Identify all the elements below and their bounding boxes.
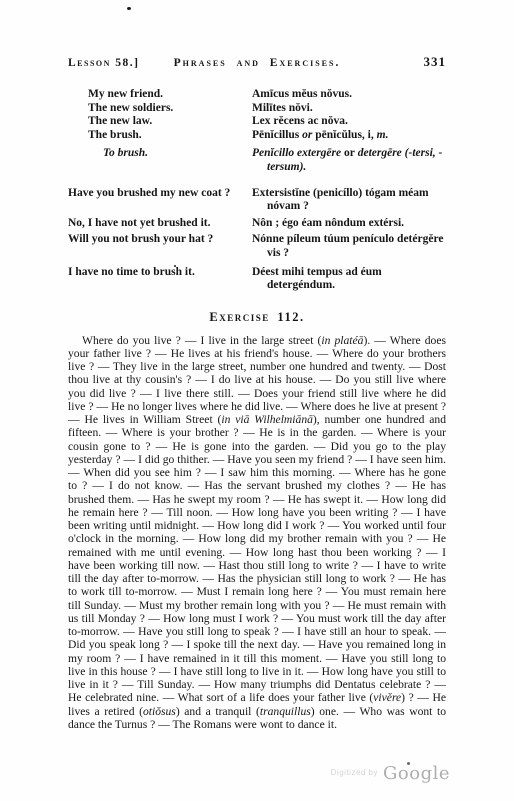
phrase-row: To brush. Penĭcillo extergēre or detergē… xyxy=(68,147,446,174)
page-content: Lesson 58.] Phrases and Exercises. 331 M… xyxy=(68,54,446,731)
phrase-english: I have no time to brush it. xyxy=(68,266,252,293)
phrase-row: I have no time to brush it. Déest mihi t… xyxy=(68,266,446,293)
phrase-row: The new soldiers. Milītes nŏvi. xyxy=(68,102,446,116)
running-head: Lesson 58.] Phrases and Exercises. 331 xyxy=(68,54,446,70)
phrase-latin: Milītes nŏvi. xyxy=(252,102,446,116)
phrase-latin: Nónne píleum túum penículo detérgĕre vis… xyxy=(252,233,446,260)
phrase-row: Have you brushed my new coat ? Extersist… xyxy=(68,187,446,214)
phrase-latin: Déest mihi tempus ad éum detergéndum. xyxy=(252,266,446,293)
page-number: 331 xyxy=(424,54,447,70)
page-title: Phrases and Exercises. xyxy=(174,57,341,69)
phrase-english: Will you not brush your hat ? xyxy=(68,233,252,260)
phrase-latin: Nôn ; égo éam nôndum extérsi. xyxy=(252,217,446,231)
phrase-english: The brush. xyxy=(68,129,252,143)
phrase-english: Have you brushed my new coat ? xyxy=(68,187,252,214)
phrase-row: No, I have not yet brushed it. Nôn ; égo… xyxy=(68,217,446,231)
exercise-heading: Exercise 112. xyxy=(68,310,446,325)
phrase-english: My new friend. xyxy=(68,88,252,102)
phrase-english: No, I have not yet brushed it. xyxy=(68,217,252,231)
digitized-by-label: Digitized by xyxy=(331,768,378,777)
ink-speck xyxy=(127,7,131,10)
phrase-row: The new law. Lex rĕcens ac nŏva. xyxy=(68,115,446,129)
phrase-latin: Penĭcillo extergēre or detergēre (-tersi… xyxy=(252,147,446,174)
phrase-english: To brush. xyxy=(68,147,252,174)
google-logo-text: Google xyxy=(383,763,450,784)
google-watermark: Digitized byGoogle xyxy=(331,763,450,784)
phrase-english: The new law. xyxy=(68,115,252,129)
phrase-row: My new friend. Amīcus mĕus nŏvus. xyxy=(68,88,446,102)
phrase-row: The brush. Pēnĭcillus or pēnĭcŭlus, i, m… xyxy=(68,129,446,143)
lesson-label: Lesson 58.] xyxy=(68,57,139,69)
phrase-table: My new friend. Amīcus mĕus nŏvus. The ne… xyxy=(68,88,446,293)
phrase-latin: Extersistĭne (penicíllo) tógam méam nóva… xyxy=(252,187,446,214)
phrase-english: The new soldiers. xyxy=(68,102,252,116)
exercise-paragraph: Where do you live ? — I live in the larg… xyxy=(68,334,446,732)
phrase-latin: Amīcus mĕus nŏvus. xyxy=(252,88,446,102)
phrase-row: Will you not brush your hat ? Nónne píle… xyxy=(68,233,446,260)
book-page-scan: Lesson 58.] Phrases and Exercises. 331 M… xyxy=(0,0,514,801)
phrase-latin: Lex rĕcens ac nŏva. xyxy=(252,115,446,129)
phrase-latin: Pēnĭcillus or pēnĭcŭlus, i, m. xyxy=(252,129,446,143)
